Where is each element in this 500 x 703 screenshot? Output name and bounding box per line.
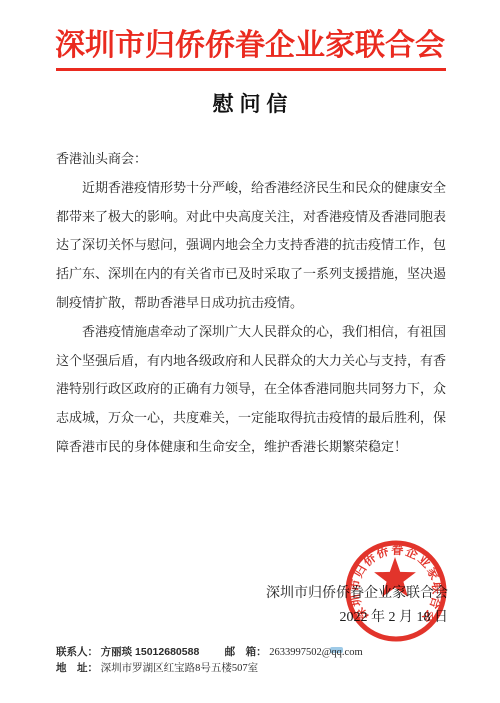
contact-group: 联系人： 方丽琰 15012680588 bbox=[56, 645, 222, 661]
footer-contact-block: 联系人： 方丽琰 15012680588 邮 箱： 2633997502@qq.… bbox=[56, 645, 456, 676]
letterhead-title: 深圳市归侨侨眷企业家联合会 bbox=[0, 20, 500, 64]
signature-org-name: 深圳市归侨侨眷企业家联合会 bbox=[266, 582, 448, 606]
contact-label: 联系人： bbox=[56, 647, 98, 658]
letter-title: 慰 问 信 bbox=[0, 88, 500, 118]
letter-body: 香港汕头商会： 近期香港疫情形势十分严峻，给香港经济民生和民众的健康安全都带来了… bbox=[56, 145, 446, 462]
salutation: 香港汕头商会： bbox=[56, 145, 446, 174]
signature-date: 2022 年 2 月 18 日 bbox=[266, 606, 448, 630]
footer-line-contact: 联系人： 方丽琰 15012680588 邮 箱： 2633997502@qq.… bbox=[56, 645, 456, 661]
letter-page: 深圳市归侨侨眷企业家联合会 慰 问 信 香港汕头商会： 近期香港疫情形势十分严峻… bbox=[0, 0, 500, 703]
email-value: 2633997502@qq.com bbox=[269, 647, 362, 658]
signature-block: 深圳市归侨侨眷企业家联合会 2022 年 2 月 18 日 bbox=[266, 582, 448, 630]
letterhead-rule bbox=[56, 68, 446, 71]
address-value: 深圳市罗湖区红宝路8号五楼507室 bbox=[101, 663, 259, 674]
footer-line-address: 地 址： 深圳市罗湖区红宝路8号五楼507室 bbox=[56, 661, 456, 677]
email-label: 邮 箱： bbox=[225, 647, 267, 658]
contact-name-phone: 方丽琰 15012680588 bbox=[101, 646, 200, 658]
paragraph-2: 香港疫情施虐牵动了深圳广大人民群众的心，我们相信，有祖国这个坚强后盾，有内地各级… bbox=[56, 318, 446, 462]
paragraph-1: 近期香港疫情形势十分严峻，给香港经济民生和民众的健康安全都带来了极大的影响。对此… bbox=[56, 174, 446, 318]
address-label: 地 址： bbox=[56, 663, 98, 674]
